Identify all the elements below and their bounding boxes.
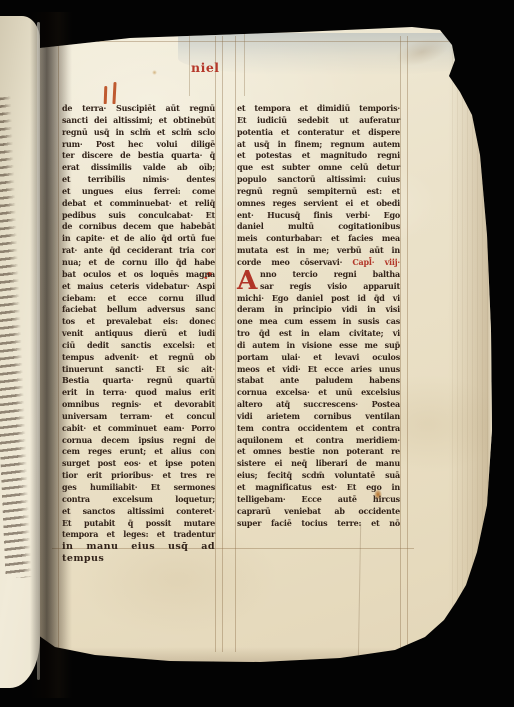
text-line: regnū usq̄ in sclm̄ et sclm̄ sclo xyxy=(62,127,215,139)
text-line: nua; et de cornu illo q̄d habe xyxy=(62,257,215,269)
text-line: erat dissimilis valde ab oīb; xyxy=(62,162,215,174)
text-line: sar regis visio apparuit xyxy=(237,281,400,293)
text-line: que est subter omne celū detur xyxy=(237,162,400,174)
bottom-edge-shading xyxy=(38,647,502,669)
text-line: one mea cum essem in susis cas xyxy=(237,316,400,328)
text-line: et sanctos altissimi conteret· xyxy=(62,506,215,518)
text-line: pedibus suis conculcabat· Et xyxy=(62,210,215,222)
text-line: di autem in visione esse me sup̄ xyxy=(237,340,400,352)
text-line: caprarū veniebat ab occidente xyxy=(237,506,400,518)
chapter-rubric: Capl̄· viij· xyxy=(352,257,400,267)
gutter-side-shading xyxy=(38,24,68,669)
chapter-rubric-line: corde meo cōservavi· Capl̄· viij· xyxy=(237,257,400,269)
text-line: et omnes bestie non poterant re xyxy=(237,446,400,458)
text-line: sancti dei altissimi; et obtinebūt xyxy=(62,115,215,127)
running-title: niel xyxy=(191,60,220,75)
illuminated-initial: A xyxy=(237,270,257,292)
text-line: tior erit prioribus· et tres re xyxy=(62,470,215,482)
text-line: et magnificatus est· Et ego in xyxy=(237,482,400,494)
text-line: tinuerunt sancti· Et sic ait· xyxy=(62,364,215,376)
fore-edge-shading xyxy=(448,24,494,669)
text-line: tem contra occidentem et contra xyxy=(237,423,400,435)
text-line: debat et comminuebat· et reliq̄ xyxy=(62,198,215,210)
rubric-prefix: corde meo cōservavi· xyxy=(237,257,352,267)
text-line: ciebam: et ecce cornu illud xyxy=(62,293,215,305)
text-line: de terra· Suscipiēt aūt regnū xyxy=(62,103,215,115)
text-line: vidi arietem cornibus ventilan xyxy=(237,411,400,423)
text-line: et terribilis nimis· dentes xyxy=(62,174,215,186)
text-line: universam terram· et concul xyxy=(62,411,215,423)
text-line: cornua decem ipsius regni de xyxy=(62,435,215,447)
text-line: omnibus regnis· et devorabit xyxy=(62,399,215,411)
text-line: tro q̄d est in elam civitate; vi xyxy=(237,328,400,340)
text-column-right: et tempora et dimidiū temporis·Et iudici… xyxy=(237,103,400,529)
text-line: daniel multū cogitationibus xyxy=(237,221,400,233)
paragraph-mark xyxy=(104,86,108,104)
text-line: cem reges erunt; et alius con xyxy=(62,446,215,458)
text-line: Anno tercio regni baltha xyxy=(237,269,400,281)
text-line: ges humiliabit· Et sermones xyxy=(62,482,215,494)
text-line: tempus advenit· et regnū ob xyxy=(62,352,215,364)
text-line: de cornibus decem que habebāt xyxy=(62,221,215,233)
text-line: altero atq̄ succrescens· Postea xyxy=(237,399,400,411)
manuscript-photo: niel de terra· Suscipiēt aūt regnūsancti… xyxy=(0,0,514,707)
text-line: Et iudiciū sedebit ut auferatur xyxy=(237,115,400,127)
text-line: cornua excelsa· et unū excelsius xyxy=(237,387,400,399)
text-line: rat· ante q̄d ceciderant tria cor xyxy=(62,245,215,257)
text-line: mutata est in me; verbū aūt in xyxy=(237,245,400,257)
text-line: eius; fecitq̄ scdm̄ voluntatē suā xyxy=(237,470,400,482)
text-line: in capite· et de alio q̄d ortū fue xyxy=(62,233,215,245)
facing-page-edge xyxy=(0,16,40,688)
text-line: erit in terra· quod maius erit xyxy=(62,387,215,399)
text-line: cabit· et comminuet eam· Porro xyxy=(62,423,215,435)
text-line: michi· Ego daniel post id q̄d vi xyxy=(237,293,400,305)
text-line: Bestia quarta· regnū quartū xyxy=(62,375,215,387)
text-column-left: de terra· Suscipiēt aūt regnūsancti dei … xyxy=(62,103,215,565)
text-line: stabat ante paludem habens xyxy=(237,375,400,387)
text-line: super faciē tocius terre: et nō xyxy=(237,518,400,530)
text-line: tempora et leges: et tradentur xyxy=(62,529,215,541)
text-line: telligebam· Ecce autē hircus xyxy=(237,494,400,506)
text-line: sistere ei neq̄ liberari de manu xyxy=(237,458,400,470)
parchment-stain xyxy=(152,70,157,75)
text-line: surget post eos· et ipse poten xyxy=(62,458,215,470)
text-line: meis conturbabar: et facies mea xyxy=(237,233,400,245)
text-line: faciebat bellum adversus sanc xyxy=(62,304,215,316)
manuscript-page: niel de terra· Suscipiēt aūt regnūsancti… xyxy=(38,24,502,669)
paragraph-mark xyxy=(112,82,116,104)
text-line: at usq̄ in finem; regnum autem xyxy=(237,139,400,151)
text-line: et tempora et dimidiū temporis· xyxy=(237,103,400,115)
text-line: rum· Post hec volui diligē xyxy=(62,139,215,151)
text-line: in manu eius usq̄ ad tempus xyxy=(62,541,215,565)
text-line: et maius ceteris videbatur· Aspi xyxy=(62,281,215,293)
text-line: venit antiquus dierū et iudi xyxy=(62,328,215,340)
text-line: deram in principio vidi in visi xyxy=(237,304,400,316)
text-line: ent· Hucusq̄ finis verbi· Ego xyxy=(237,210,400,222)
text-line: potentia et conteratur et dispere xyxy=(237,127,400,139)
text-line: Et putabit q̄ possit mutare xyxy=(62,518,215,530)
text-line: contra excelsum loquetur; xyxy=(62,494,215,506)
text-line: portam ulai· et levavi oculos xyxy=(237,352,400,364)
text-line: et potestas et magnitudo regni xyxy=(237,150,400,162)
text-line: ciū dedit sanctis excelsi: et xyxy=(62,340,215,352)
text-line: regnū regnū sempiternū est: et xyxy=(237,186,400,198)
text-line: omnes reges servient ei et obedi xyxy=(237,198,400,210)
text-line: tos et prevalebat eis: donec xyxy=(62,316,215,328)
text-line: ter discere de bestia quarta· q̄ xyxy=(62,150,215,162)
text-line: et ungues eius ferrei: come xyxy=(62,186,215,198)
text-line: meos et vidi· Et ecce aries unus xyxy=(237,364,400,376)
text-line: populo sanctorū altissimi: cuius xyxy=(237,174,400,186)
text-line: bat oculos et os loquēs magna xyxy=(62,269,215,281)
text-line: aquilonem et contra meridiem· xyxy=(237,435,400,447)
facing-page-text xyxy=(0,96,32,579)
